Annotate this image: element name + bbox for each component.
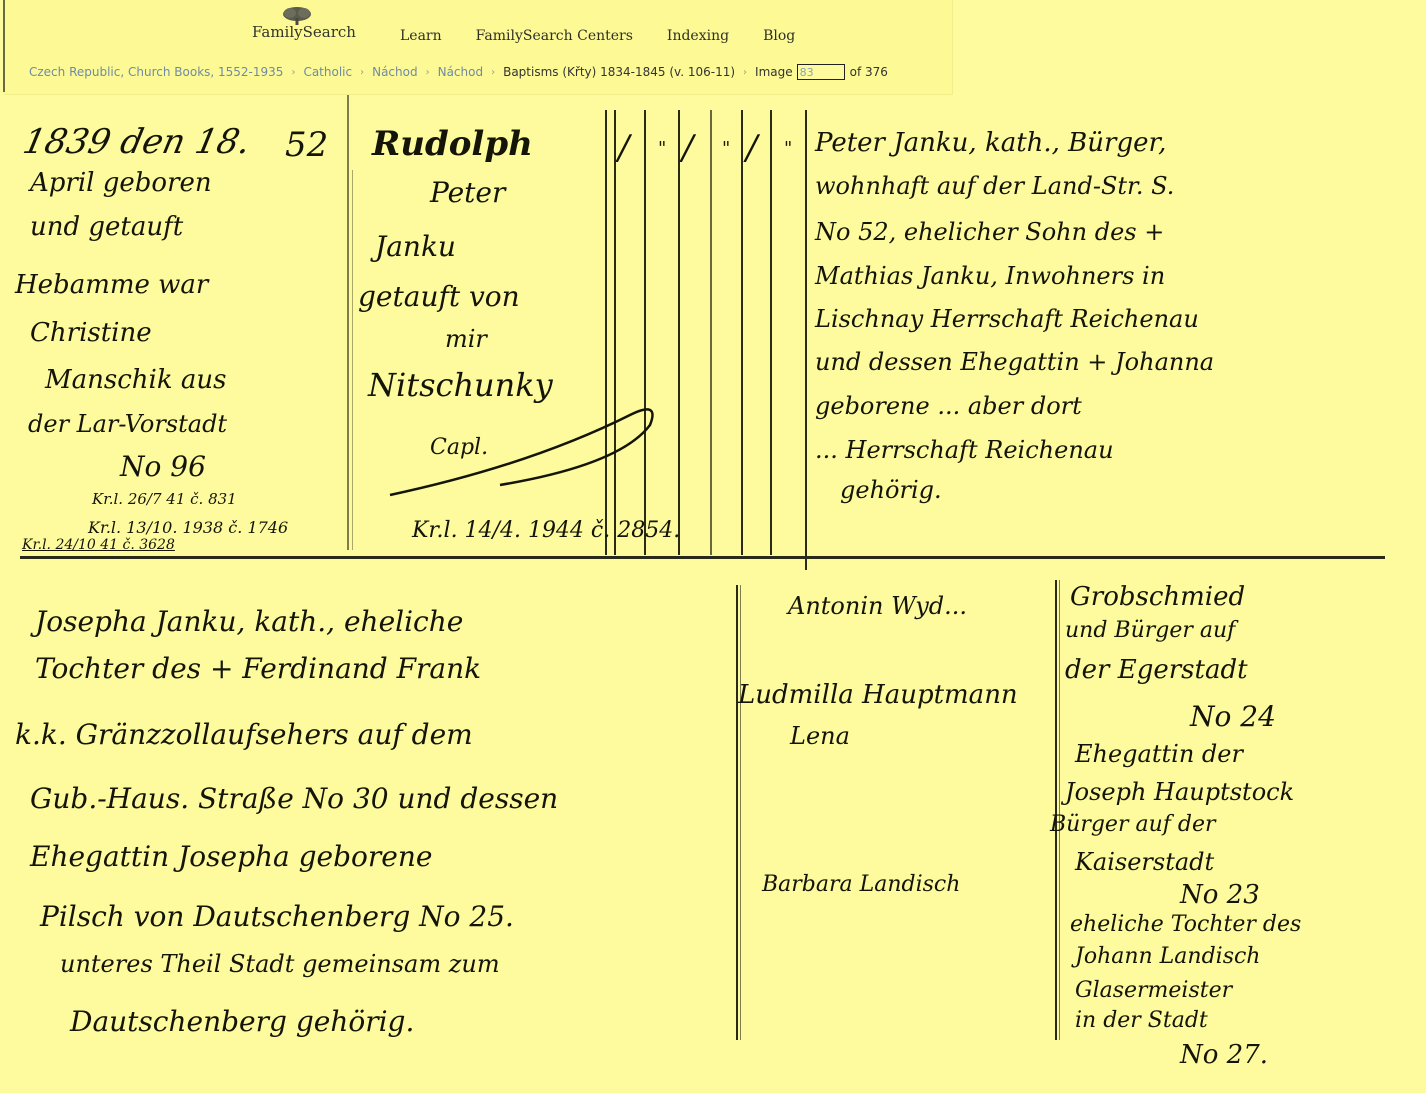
margin-note: Kr.l. 26/7 41 č. 831 <box>92 490 237 508</box>
notes-line: Ehegattin der <box>1075 740 1243 768</box>
child-name-line: getauft von <box>358 280 520 313</box>
mother-line: Tochter des + Ferdinand Frank <box>35 652 481 685</box>
mother-line: Gub.-Haus. Straße No 30 und dessen <box>30 782 558 815</box>
date-line: Hebamme war <box>15 270 208 300</box>
date-line: No 96 <box>120 450 206 483</box>
viewer-edge <box>3 0 5 92</box>
column-rule <box>678 110 680 555</box>
notes-line: Grobschmied <box>1070 582 1245 612</box>
column-rule <box>710 110 712 555</box>
breadcrumb: Czech Republic, Church Books, 1552-1935 … <box>29 64 888 80</box>
notes-line: eheliche Tochter des <box>1070 912 1301 937</box>
father-line: und dessen Ehegattin + Johanna <box>815 348 1214 376</box>
mother-line: Ehegattin Josepha geborene <box>30 840 432 873</box>
notes-line: und Bürger auf <box>1065 618 1235 643</box>
image-number-input[interactable] <box>797 64 845 80</box>
margin-note: Kr.l. 14/4. 1944 č. 2854. <box>412 518 680 543</box>
nav-learn[interactable]: Learn <box>400 28 442 46</box>
record-image-viewer[interactable]: 1839 den 18. 52 April geboren und getauf… <box>0 0 1426 1093</box>
notes-line: Johann Landisch <box>1075 944 1260 969</box>
notes-line: in der Stadt <box>1075 1008 1208 1033</box>
godparent-line: Ludmilla Hauptmann <box>738 680 1018 710</box>
column-rule <box>347 95 349 550</box>
column-rule <box>1059 580 1060 1040</box>
tally-mark: " <box>722 138 730 159</box>
column-rule <box>770 110 772 555</box>
tally-mark: / <box>618 128 629 168</box>
column-rule <box>741 110 743 555</box>
father-line: Mathias Janku, Inwohners in <box>815 262 1165 290</box>
image-label: Image <box>755 65 793 79</box>
father-line: Lischnay Herrschaft Reichenau <box>815 305 1199 333</box>
father-line: wohnhaft auf der Land-Str. S. <box>815 172 1174 200</box>
tally-mark: / <box>682 128 693 168</box>
mother-line: Dautschenberg gehörig. <box>70 1005 414 1038</box>
father-line: ... Herrschaft Reichenau <box>815 436 1114 464</box>
tally-mark: / <box>746 128 757 168</box>
notes-line: No 27. <box>1180 1040 1268 1070</box>
child-name-line: mir <box>445 325 487 353</box>
child-name-line: Peter <box>430 176 505 209</box>
breadcrumb-parish[interactable]: Náchod <box>438 65 484 79</box>
signature-flourish <box>380 395 670 505</box>
house-number: 52 <box>285 125 328 165</box>
nav-familysearch-centers[interactable]: FamilySearch Centers <box>476 28 633 46</box>
breadcrumb-volume: Baptisms (Křty) 1834-1845 (v. 106-11) <box>503 65 735 79</box>
godparent-line: Barbara Landisch <box>762 872 960 897</box>
familysearch-logo[interactable]: FamilySearch <box>248 6 370 46</box>
breadcrumb-district[interactable]: Náchod <box>372 65 418 79</box>
breadcrumb-separator-icon: › <box>491 67 495 78</box>
image-total: of 376 <box>850 65 888 79</box>
header: FamilySearch Learn FamilySearch Centers … <box>4 0 953 95</box>
column-rule <box>1055 580 1057 1040</box>
breadcrumb-religion[interactable]: Catholic <box>303 65 352 79</box>
mother-line: unteres Theil Stadt gemeinsam zum <box>60 950 500 978</box>
child-name-line: Rudolph <box>372 124 533 164</box>
notes-line: Kaiserstadt <box>1075 848 1214 876</box>
logo-wordmark: FamilySearch <box>252 23 356 41</box>
notes-line: Bürger auf der <box>1050 812 1216 837</box>
tally-mark: " <box>784 138 792 159</box>
horizontal-rule <box>20 556 1385 559</box>
date-line: Christine <box>30 318 152 348</box>
date-line: April geboren <box>30 168 212 198</box>
notes-line: Joseph Hauptstock <box>1065 778 1294 806</box>
tally-mark: " <box>658 138 666 159</box>
father-line: Peter Janku, kath., Bürger, <box>815 128 1166 158</box>
child-name-line: Janku <box>375 230 456 263</box>
godparent-line: Lena <box>790 722 850 750</box>
date-line: und getauft <box>30 212 183 242</box>
father-line: No 52, ehelicher Sohn des + <box>815 218 1164 246</box>
column-rule <box>736 585 738 1040</box>
notes-line: No 23 <box>1180 880 1260 910</box>
breadcrumb-collection[interactable]: Czech Republic, Church Books, 1552-1935 <box>29 65 283 79</box>
column-rule <box>352 170 353 550</box>
breadcrumb-separator-icon: › <box>743 67 747 78</box>
mother-line: Josepha Janku, kath., eheliche <box>35 605 463 638</box>
margin-note: Kr.l. 13/10. 1938 č. 1746 <box>88 518 288 537</box>
notes-line: Glasermeister <box>1075 978 1232 1003</box>
father-line: geborene ... aber dort <box>815 392 1082 420</box>
notes-line: der Egerstadt <box>1065 655 1248 685</box>
mother-line: Pilsch von Dautschenberg No 25. <box>40 900 514 933</box>
notes-line: No 24 <box>1190 700 1276 733</box>
godparent-line: Antonin Wyd... <box>788 592 967 620</box>
nav-indexing[interactable]: Indexing <box>667 28 729 46</box>
mother-line: k.k. Gränzzollaufsehers auf dem <box>15 718 473 751</box>
breadcrumb-separator-icon: › <box>426 67 430 78</box>
margin-note: Kr.l. 24/10 41 č. 3628 <box>22 537 175 553</box>
column-rule <box>740 585 741 1040</box>
top-nav: FamilySearch Learn FamilySearch Centers … <box>248 6 829 46</box>
date-line: der Lar-Vorstadt <box>28 410 227 438</box>
breadcrumb-separator-icon: › <box>360 67 364 78</box>
date-line: 1839 den 18. <box>19 122 254 162</box>
date-line: Manschik aus <box>45 365 226 395</box>
father-line: gehörig. <box>840 476 942 504</box>
nav-blog[interactable]: Blog <box>763 28 795 46</box>
breadcrumb-separator-icon: › <box>291 67 295 78</box>
column-rule <box>805 110 807 570</box>
